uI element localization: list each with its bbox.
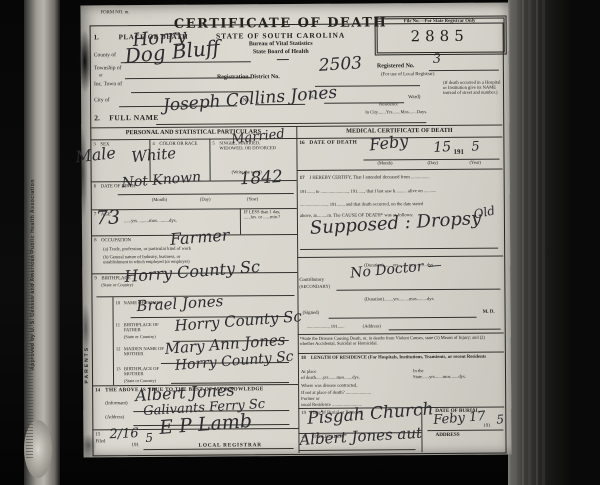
- dod-label: DATE OF DEATH: [309, 141, 357, 147]
- duration-line-2: (Duration)........yrs.........mos.......…: [364, 296, 434, 302]
- former-residence-label-1: Former or: [301, 396, 320, 401]
- age-units: ......yrs. ........mos. ........dys.: [124, 219, 177, 225]
- or-label: or: [99, 73, 103, 78]
- cell-divider: [240, 208, 241, 234]
- residence-section-number: 18: [301, 356, 306, 362]
- local-registrar-label: LOCAL REGISTRAR: [198, 443, 261, 449]
- burial-date-value: Feby 17: [433, 410, 486, 427]
- filed-date-value: 2/16: [109, 427, 139, 441]
- undertaker-address-label: ADDRESS: [435, 433, 459, 439]
- full-name-label: FULL NAME: [109, 114, 159, 123]
- dod-year-value: 5: [471, 140, 480, 153]
- smudge: [77, 125, 88, 221]
- father-birthplace-number: 11: [116, 322, 120, 327]
- registered-no-value: 3: [432, 53, 441, 66]
- dod-day-column-label: (Day): [428, 161, 439, 166]
- father-name-number: 10: [115, 300, 120, 305]
- mother-birthplace-sub-label: (State or Country): [124, 379, 156, 384]
- filed-number: 15: [95, 432, 100, 437]
- residence-units: In City.......Yrs.......Mos.......Days.: [365, 109, 427, 114]
- county-label: County of: [94, 52, 116, 58]
- dod-year-prefix: 191: [453, 149, 464, 157]
- hospital-note: (If death occurred in a Hospital or Inst…: [443, 80, 501, 96]
- filed-year-value: 5: [145, 432, 153, 444]
- mother-name-number: 12: [116, 346, 121, 351]
- marital-number: 5: [212, 141, 214, 146]
- dod-month-column-label: (Month): [378, 161, 393, 166]
- signed-date-line: ..................., 191......: [307, 324, 345, 329]
- contracted-label-2: If not at place of death? ..............…: [301, 389, 371, 395]
- registration-district-value: 2503: [318, 55, 362, 75]
- occupation-number: 8: [94, 238, 96, 243]
- filed-label: Filed: [95, 439, 105, 444]
- at-place-label-2: of death......yrs.......mos.......dys.: [301, 375, 360, 380]
- certify-line-3: ........................, 191......, and…: [300, 201, 423, 207]
- day-column-label: (Day): [200, 197, 211, 202]
- dod-month-value: Feby: [369, 133, 410, 153]
- signed-label: (Signed): [303, 311, 320, 316]
- father-birthplace-sub-label: (State or Country): [124, 335, 156, 340]
- filed-year-prefix: 191: [131, 443, 139, 449]
- age-value: 73: [96, 208, 121, 228]
- scan-edge-streaks: [508, 0, 548, 485]
- contracted-label-1: Where was disease contracted,: [301, 383, 357, 388]
- informant-section-number: 14: [95, 388, 100, 394]
- age-ifless-note: IF LESS than 1 day, ......hrs. or ......…: [244, 210, 294, 220]
- spine-fine-print: [26, 250, 33, 460]
- ward-label: Ward): [408, 95, 420, 101]
- occupation-label: OCCUPATION: [101, 238, 131, 243]
- year-column-label: (Year): [247, 196, 259, 201]
- file-number-label: File No.—For State Registrar Only: [375, 19, 505, 25]
- in-state-label-1: In the: [413, 368, 424, 373]
- month-column-label: (Month): [152, 197, 167, 202]
- form-number: FORM NO. m.: [100, 10, 129, 15]
- birthplace-number: 9: [94, 276, 96, 281]
- occupation-value: Farmer: [169, 227, 230, 248]
- registered-no-label: Registered No.: [377, 63, 415, 70]
- dod-number: 16: [299, 141, 304, 147]
- burial-number: 19: [301, 411, 306, 416]
- township-label: Township of: [94, 65, 122, 71]
- file-number-value: 2885: [375, 28, 505, 45]
- informant-address-label: (Address): [105, 415, 124, 420]
- registered-no-subnote: (For use of Local Registrar): [381, 72, 435, 78]
- parents-vertical-label: PARENTS: [83, 301, 90, 383]
- rule-line: [277, 59, 289, 60]
- certify-line-2: 191......, to ........................, …: [300, 188, 437, 194]
- inc-town-label: Inc. Town of: [94, 81, 122, 87]
- mother-birthplace-number: 13: [116, 366, 121, 371]
- md-label: M. D.: [483, 310, 495, 316]
- dod-day-value: 15: [433, 140, 452, 155]
- in-state-label-2: State......yrs.......mos.......dys.: [413, 374, 466, 379]
- certify-number: 17: [300, 176, 305, 182]
- certificate-paper: FORM NO. m. CERTIFICATE OF DEATH STATE O…: [80, 3, 511, 458]
- dob-number: 6: [94, 184, 96, 189]
- informant-label: (Informant): [105, 401, 127, 406]
- city-label: City of: [94, 97, 109, 103]
- section-1-number: 1.: [94, 34, 99, 42]
- section-2-number: 2.: [94, 114, 100, 122]
- certify-line-1: I HEREBY CERTIFY, That I attended deceas…: [310, 175, 430, 181]
- secondary-label: (SECONDARY): [299, 284, 330, 289]
- race-value: White: [131, 146, 177, 165]
- at-place-label-1: At place: [301, 369, 316, 374]
- mother-birthplace-label: BIRTHPLACE OF MOTHER: [124, 366, 172, 376]
- signed-address-label: (Address): [363, 323, 381, 328]
- scanned-death-certificate: Approved by U. S. Census and American Pu…: [0, 0, 600, 485]
- father-birthplace-label: BIRTHPLACE OF FATHER: [124, 322, 172, 332]
- burial-year-value: 5: [496, 413, 504, 425]
- contributory-label: Contributory: [299, 278, 324, 283]
- dob-year-value: 1842: [239, 169, 283, 189]
- registration-district-label: Registration District No.: [217, 74, 280, 81]
- cause-footnote: *State the Disease Causing Death, or, in…: [300, 336, 500, 347]
- burial-year-prefix: 191: [483, 424, 490, 429]
- dod-year-column-label: (Year): [470, 161, 481, 166]
- sex-value: Male: [75, 145, 117, 165]
- residence-label: Residence: [379, 101, 398, 106]
